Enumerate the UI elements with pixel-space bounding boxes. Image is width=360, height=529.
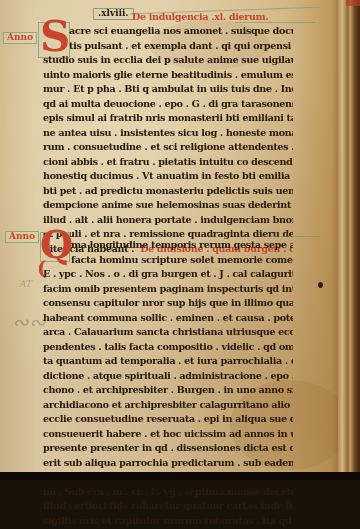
text-line: ne antea uisu . insistentes sicu log . h… — [43, 127, 293, 141]
text-line: E . ypc . Nos . o . di gra burgen et . J… — [43, 268, 293, 282]
text-line: illud . alt . alii honera portate . indu… — [43, 214, 293, 228]
margin-note-2: Anno — [5, 231, 39, 243]
text-line: consensu capitulor nror sup hijs que in … — [43, 297, 293, 311]
text-line: honestiq ducimus . Vt anuatim in festo b… — [43, 170, 293, 184]
text-line: rum . consuetudine . et sci religione at… — [43, 141, 293, 155]
text-section-1: acre sci euangelia nos amonet . suisque … — [43, 25, 293, 257]
text-line: chono . et archipresbiter . Burgen . in … — [43, 384, 293, 398]
parchment-hole — [318, 282, 323, 288]
rubric-heading-1: De indulgencia .xl. dierum. — [132, 12, 268, 23]
text-line: dictione . atque spirituali . administra… — [43, 370, 293, 384]
marginal-mark: AT — [20, 280, 32, 290]
manuscript-folio: .xlviii. De indulgencia .xl. dierum. Ann… — [0, 0, 360, 472]
text-line: qd ai multa deuocione . epo . G . di gra… — [43, 98, 293, 112]
margin-note-1: Anno — [3, 32, 37, 44]
text-line: dempcione anime sue helemosinas suas ded… — [43, 199, 293, 213]
text-line: ma longitudine temporis rerum gesta sepe… — [43, 239, 293, 253]
text-line: acre sci euangelia nos amonet . suisque … — [43, 25, 293, 39]
text-line: ta quantum ad temporalia . et iura parro… — [43, 355, 293, 369]
text-line: uinto maioris glie eterne beatitudinis .… — [43, 69, 293, 83]
text-line: pendentes . talis facta compositio . vid… — [43, 341, 293, 355]
text-line: consueuerit habere . et hoc uicissim ad … — [43, 428, 293, 442]
text-line: tis pulsant . et exempla dant . qi qui o… — [43, 40, 293, 54]
text-section-2: ma longitudine temporis rerum gesta sepe… — [43, 239, 293, 480]
text-line: presente presenter in qd . dissensiones … — [43, 442, 293, 456]
text-line: archidiacono et archipresbiter calagurri… — [43, 399, 293, 413]
text-line: bti pet . ad predictu monasteriu pdelict… — [43, 185, 293, 199]
text-line: epis simul ai fratrib nris monasterii bt… — [43, 112, 293, 126]
text-line: erit sub aliqua parrochia predictarum . … — [43, 457, 293, 471]
text-line: cioni abbis . et fratru . pietatis intui… — [43, 156, 293, 170]
text-line: ecclie consuetudine reseruata . epi in a… — [43, 413, 293, 427]
bottom-shadow — [0, 472, 360, 480]
page-edge-red-mark — [346, 0, 360, 6]
ruling-line — [270, 236, 320, 237]
text-line: mur . Et p pha . Bti q ambulat in uiis t… — [43, 83, 293, 97]
text-line: arca . Calauarium sancta christiana utri… — [43, 326, 293, 340]
text-line: facta hominu scripture solet memorie com… — [43, 254, 293, 268]
text-line: facim omib presentem paginam inspecturis… — [43, 283, 293, 297]
marginal-doodle: ∾∾ — [12, 310, 46, 334]
page-edge-binding — [338, 0, 360, 472]
chapter-number: .xlviii. — [93, 8, 134, 20]
text-line: studio suis in ecclia dei p salute anime… — [43, 54, 293, 68]
text-line: habeant communa sollic . eminen . et cau… — [43, 312, 293, 326]
